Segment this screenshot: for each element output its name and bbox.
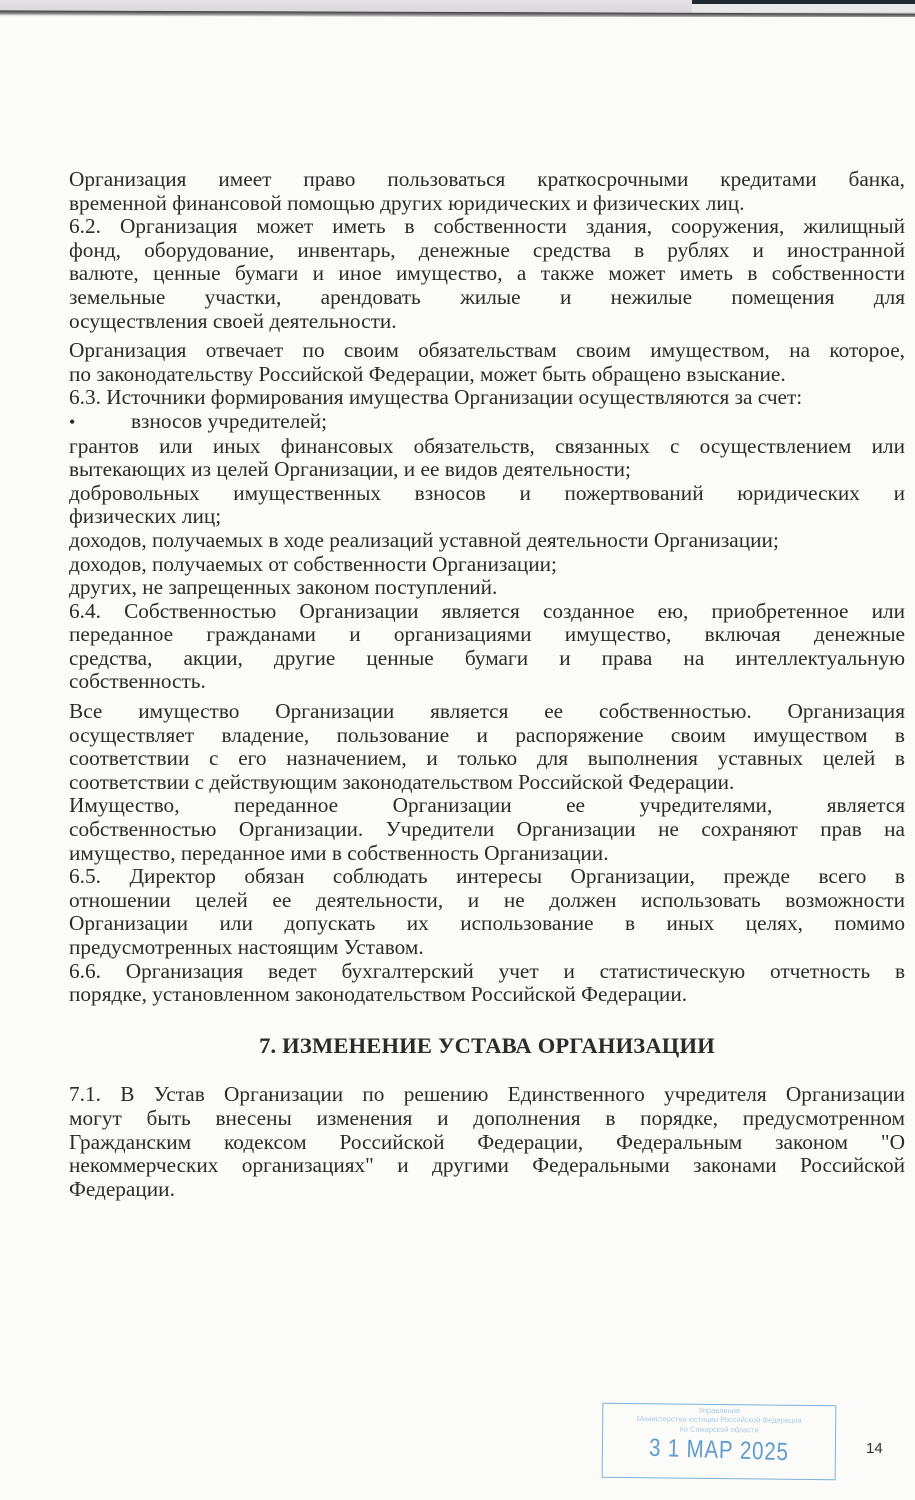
text-line: Организация имеет право пользоваться кра… xyxy=(69,168,905,192)
list-item-bullet: • взносов учредителей; xyxy=(69,410,905,435)
list-item-text: взносов учредителей; xyxy=(131,410,327,434)
text-line: порядке, установленном законодательством… xyxy=(69,983,905,1007)
text-line: предусмотренных настоящим Уставом. xyxy=(69,936,905,960)
text-line: некоммерческих организациях" и другими Ф… xyxy=(69,1154,905,1178)
text-line: доходов, получаемых в ходе реализаций ус… xyxy=(69,529,905,553)
page-number: 14 xyxy=(866,1440,883,1457)
paragraph-6-5: 6.5. Директор обязан соблюдать интересы … xyxy=(69,865,905,959)
text-line: Имущество, переданное Организации ее учр… xyxy=(69,794,905,818)
text-line: земельные участки, арендовать жилые и не… xyxy=(69,286,905,310)
text-line: других, не запрещенных законом поступлен… xyxy=(69,576,905,600)
text-line: грантов или иных финансовых обязательств… xyxy=(69,435,905,459)
text-line: соответствии с его назначением, и только… xyxy=(69,747,905,771)
text-line: валюте, ценные бумаги и иное имущество, … xyxy=(69,262,905,286)
paragraph-6-6: 6.6. Организация ведет бухгалтерский уче… xyxy=(69,960,905,1007)
paragraph-6-3: 6.3. Источники формирования имущества Ор… xyxy=(69,386,905,410)
text-line: Все имущество Организации является ее со… xyxy=(69,700,905,724)
bullet-icon: • xyxy=(69,411,131,435)
text-line: 6.2. Организация может иметь в собственн… xyxy=(69,215,905,239)
text-line: вытекающих из целей Организации, и ее ви… xyxy=(69,458,905,482)
text-line: осуществления своей деятельности. xyxy=(69,310,905,334)
text-line: 6.4. Собственностью Организации является… xyxy=(69,600,905,624)
text-line: переданное гражданами и организациями им… xyxy=(69,623,905,647)
text-line: осуществляет владение, пользование и рас… xyxy=(69,724,905,748)
text-line: 6.5. Директор обязан соблюдать интересы … xyxy=(69,865,905,889)
list-item: доходов, получаемых от собственности Орг… xyxy=(69,553,905,577)
text-line: собственностью Организации. Учредители О… xyxy=(69,818,905,842)
text-line: временной финансовой помощью других юрид… xyxy=(69,192,905,216)
text-line: Организация отвечает по своим обязательс… xyxy=(69,339,905,363)
paragraph-6-4: 6.4. Собственностью Организации является… xyxy=(69,600,905,694)
text-line: имущество, переданное ими в собственност… xyxy=(69,842,905,866)
text-line: 7.1. В Устав Организации по решению Един… xyxy=(69,1083,905,1107)
text-line: доходов, получаемых от собственности Орг… xyxy=(69,553,905,577)
text-line: отношении целей ее деятельности, и не до… xyxy=(69,889,905,913)
paragraph-founders-property: Имущество, переданное Организации ее учр… xyxy=(69,794,905,865)
text-line: Гражданским кодексом Российской Федераци… xyxy=(69,1131,905,1155)
text-line: фонд, оборудование, инвентарь, денежные … xyxy=(69,239,905,263)
text-line: физических лиц; xyxy=(69,505,905,529)
paragraph-liability: Организация отвечает по своим обязательс… xyxy=(69,339,905,386)
text-line: соответствии с действующим законодательс… xyxy=(69,771,905,795)
list-item: добровольных имущественных взносов и пож… xyxy=(69,482,905,529)
paragraph-6-2: 6.2. Организация может иметь в собственн… xyxy=(69,215,905,333)
paragraph-7-1: 7.1. В Устав Организации по решению Един… xyxy=(69,1083,905,1201)
list-item: других, не запрещенных законом поступлен… xyxy=(69,576,905,600)
text-line: собственность. xyxy=(69,670,905,694)
list-item: доходов, получаемых в ходе реализаций ус… xyxy=(69,529,905,553)
text-line: 6.6. Организация ведет бухгалтерский уче… xyxy=(69,960,905,984)
text-line: Организации или допускать их использован… xyxy=(69,912,905,936)
paragraph-credit: Организация имеет право пользоваться кра… xyxy=(69,168,905,215)
list-item: грантов или иных финансовых обязательств… xyxy=(69,435,905,482)
text-line: Федерации. xyxy=(69,1178,905,1202)
text-line: по законодательству Российской Федерации… xyxy=(69,363,905,387)
document-body: Организация имеет право пользоваться кра… xyxy=(69,168,905,1201)
scan-strip-lip xyxy=(692,4,915,12)
text-line: 6.3. Источники формирования имущества Ор… xyxy=(69,386,905,410)
registration-stamp: Управление Министерства юстиции Российск… xyxy=(602,1403,837,1480)
text-line: добровольных имущественных взносов и пож… xyxy=(69,482,905,506)
text-line: средства, акции, другие ценные бумаги и … xyxy=(69,647,905,671)
text-line: могут быть внесены изменения и дополнени… xyxy=(69,1107,905,1131)
paragraph-all-property: Все имущество Организации является ее со… xyxy=(69,700,905,794)
stamp-date: 3 1 МАР 2025 xyxy=(623,1433,814,1468)
section-heading: 7. ИЗМЕНЕНИЕ УСТАВА ОРГАНИЗАЦИИ xyxy=(69,1034,905,1058)
